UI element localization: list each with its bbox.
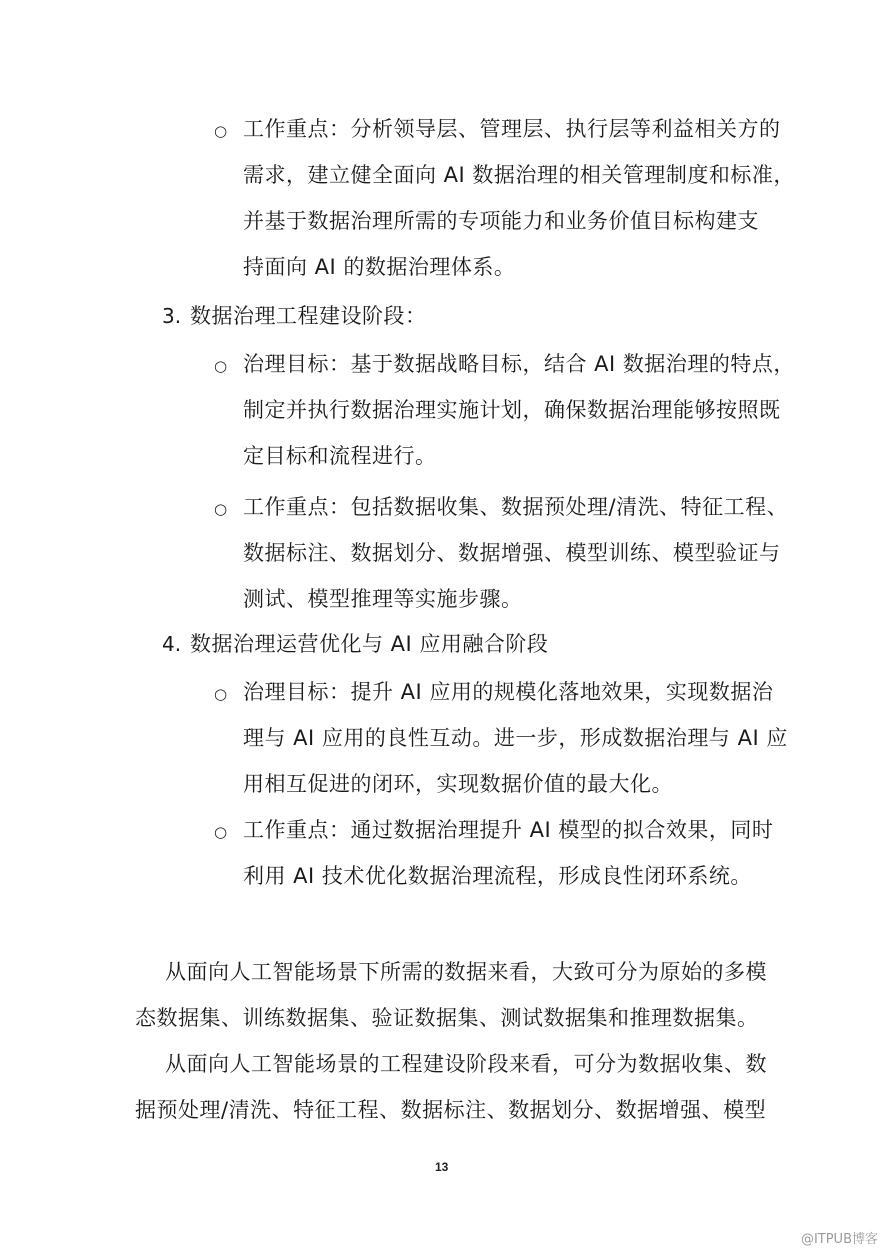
paragraph-line: 态数据集、训练数据集、验证数据集、测试数据集和推理数据集。	[135, 1004, 759, 1032]
bullet-icon: ○	[214, 818, 227, 846]
paragraph-line: 据预处理/清洗、特征工程、数据标注、数据划分、数据增强、模型	[135, 1096, 766, 1124]
bullet-icon: ○	[214, 117, 227, 145]
bullet-text-line: 持面向 AI 的数据治理体系。	[243, 253, 515, 281]
bullet-text-line: 测试、模型推理等实施步骤。	[243, 585, 523, 613]
stage-heading: 数据治理工程建设阶段：	[190, 302, 427, 330]
bullet-text-line: 制定并执行数据治理实施计划，确保数据治理能够按照既	[243, 396, 781, 424]
bullet-text-line: 理与 AI 应用的良性互动。进一步，形成数据治理与 AI 应	[243, 724, 788, 752]
bullet-text-line: 利用 AI 技术优化数据治理流程，形成良性闭环系统。	[243, 862, 752, 890]
paragraph-line: 从面向人工智能场景的工程建设阶段来看，可分为数据收集、数	[165, 1050, 767, 1078]
bullet-text-line: 工作重点：分析领导层、管理层、执行层等利益相关方的	[243, 115, 781, 143]
bullet-text-line: 治理目标：提升 AI 应用的规模化落地效果，实现数据治	[243, 678, 773, 706]
bullet-text-line: 用相互促进的闭环，实现数据价值的最大化。	[243, 770, 673, 798]
document-page: ○ 工作重点：分析领导层、管理层、执行层等利益相关方的 需求，建立健全面向 AI…	[0, 0, 890, 1258]
bullet-text-line: 治理目标：基于数据战略目标，结合 AI 数据治理的特点，	[243, 350, 795, 378]
bullet-text-line: 数据标注、数据划分、数据增强、模型训练、模型验证与	[243, 539, 781, 567]
bullet-text-line: 工作重点：包括数据收集、数据预处理/清洗、特征工程、	[243, 493, 788, 521]
watermark: @ITPUB博客	[801, 1228, 878, 1247]
bullet-text-line: 工作重点：通过数据治理提升 AI 模型的拟合效果，同时	[243, 816, 773, 844]
page-number: 13	[435, 1160, 448, 1174]
stage-heading: 数据治理运营优化与 AI 应用融合阶段	[190, 630, 548, 658]
paragraph-line: 从面向人工智能场景下所需的数据来看，大致可分为原始的多模	[165, 958, 767, 986]
bullet-icon: ○	[214, 352, 227, 380]
list-number: 3.	[162, 302, 181, 330]
bullet-text-line: 需求，建立健全面向 AI 数据治理的相关管理制度和标准，	[243, 161, 795, 189]
bullet-text-line: 并基于数据治理所需的专项能力和业务价值目标构建支	[243, 207, 759, 235]
bullet-icon: ○	[214, 495, 227, 523]
list-number: 4.	[162, 630, 181, 658]
bullet-icon: ○	[214, 680, 227, 708]
bullet-text-line: 定目标和流程进行。	[243, 442, 437, 470]
